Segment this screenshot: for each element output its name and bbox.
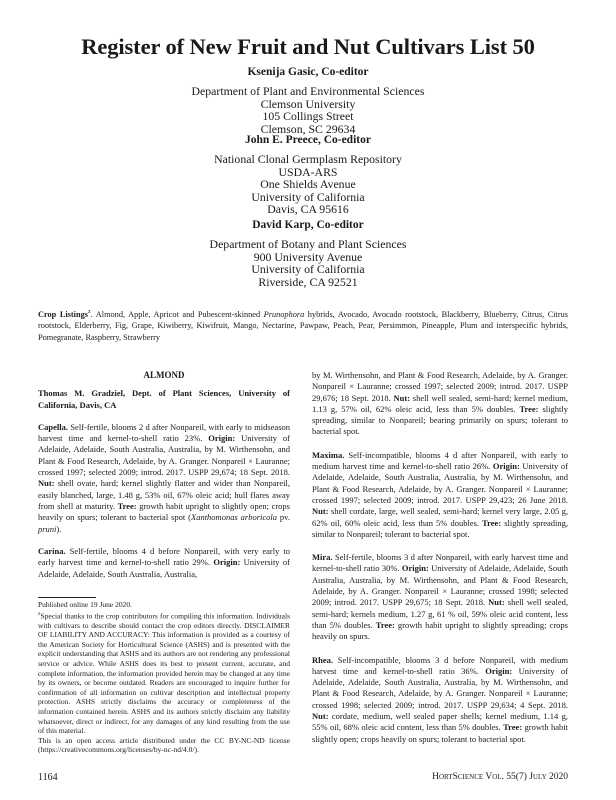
- editor-address: Department of Botany and Plant Sciences …: [0, 238, 616, 288]
- nut-label: Nut:: [394, 393, 411, 403]
- editor-address: Department of Plant and Environmental Sc…: [0, 85, 616, 135]
- address-line: 105 Collings Street: [0, 110, 616, 123]
- tree-label: Tree:: [118, 501, 137, 511]
- nut-label: Nut:: [312, 711, 329, 721]
- address-line: Riverside, CA 92521: [0, 276, 616, 289]
- cultivar-name: Mira.: [312, 552, 333, 562]
- cultivar-name: Carina.: [38, 546, 66, 556]
- cultivar-entry-carina-start: Carina. Self-fertile, blooms 4 d before …: [38, 546, 290, 580]
- tree-label: Tree:: [503, 722, 522, 732]
- tree-label: Tree:: [376, 620, 395, 630]
- species-name: Xanthomonas arboricola: [191, 512, 277, 522]
- editor-name: Ksenija Gasic, Co-editor: [0, 66, 616, 78]
- nut-label: Nut:: [488, 597, 505, 607]
- entry-text: pv.: [277, 512, 290, 522]
- nut-label: Nut:: [38, 478, 55, 488]
- tree-label: Tree:: [519, 404, 538, 414]
- journal-citation: HortScience Vol. 55(7) July 2020: [432, 772, 568, 782]
- cultivar-entry-rhea: Rhea. Self-incompatible, blooms 3 d befo…: [312, 655, 568, 745]
- address-line: Department of Plant and Environmental Sc…: [0, 85, 616, 98]
- cultivar-name: Maxima.: [312, 450, 344, 460]
- page-number: 1164: [38, 772, 58, 783]
- crop-listings-text: . Almond, Apple, Apricot and Pubescent-s…: [91, 310, 264, 319]
- footnote-body: zSpecial thanks to the crop contributors…: [38, 610, 290, 736]
- address-line: One Shields Avenue: [0, 178, 616, 191]
- origin-label: Origin:: [208, 433, 235, 443]
- editor-name: David Karp, Co-editor: [0, 219, 616, 231]
- address-line: Department of Botany and Plant Sciences: [0, 238, 616, 251]
- address-line: University of California: [0, 263, 616, 276]
- address-line: National Clonal Germplasm Repository: [0, 153, 616, 166]
- footnote-divider: [38, 597, 96, 598]
- origin-label: Origin:: [402, 563, 429, 573]
- cultivar-name: Capella.: [38, 422, 68, 432]
- nut-label: Nut:: [312, 506, 329, 516]
- origin-label: Origin:: [485, 666, 512, 676]
- cultivar-entry-mira: Mira. Self-fertile, blooms 3 d after Non…: [312, 552, 568, 642]
- address-line: Davis, CA 95616: [0, 203, 616, 216]
- section-heading: ALMOND: [38, 370, 290, 381]
- license-text: This is an open access article distribut…: [38, 736, 290, 755]
- disclaimer-text: Special thanks to the crop contributors …: [38, 611, 290, 735]
- crop-listings: Crop Listingsz. Almond, Apple, Apricot a…: [38, 307, 568, 343]
- origin-label: Origin:: [213, 557, 240, 567]
- editor-block-karp: David Karp, Co-editor Department of Bota…: [0, 219, 616, 288]
- crop-listings-label: Crop Listings: [38, 310, 88, 319]
- editor-address: National Clonal Germplasm Repository USD…: [0, 153, 616, 216]
- tree-label: Tree:: [482, 518, 501, 528]
- cultivar-name: Rhea.: [312, 655, 333, 665]
- origin-label: Origin:: [493, 461, 520, 471]
- cultivar-entry-maxima: Maxima. Self-incompatible, blooms 4 d af…: [312, 450, 568, 540]
- cultivar-entry-carina-cont: by M. Wirthensohn, and Plant & Food Rese…: [312, 370, 568, 438]
- footnote: Published online 19 June 2020. zSpecial …: [38, 600, 290, 755]
- cultivar-entry-capella: Capella. Self-fertile, blooms 2 d after …: [38, 422, 290, 535]
- left-column: ALMOND Thomas M. Gradziel, Dept. of Plan…: [38, 370, 290, 591]
- editor-name: John E. Preece, Co-editor: [0, 134, 616, 146]
- section-author: Thomas M. Gradziel, Dept. of Plant Scien…: [38, 388, 290, 411]
- right-column: by M. Wirthensohn, and Plant & Food Rese…: [312, 370, 568, 756]
- entry-text: ).: [56, 524, 61, 534]
- editor-block-gasic: Ksenija Gasic, Co-editor Department of P…: [0, 66, 616, 135]
- pathovar-name: pruni: [38, 524, 56, 534]
- crop-listings-italic: Prunophora: [264, 310, 305, 319]
- page-title: Register of New Fruit and Nut Cultivars …: [0, 34, 616, 60]
- editor-block-preece: John E. Preece, Co-editor National Clona…: [0, 134, 616, 216]
- published-date: Published online 19 June 2020.: [38, 600, 290, 610]
